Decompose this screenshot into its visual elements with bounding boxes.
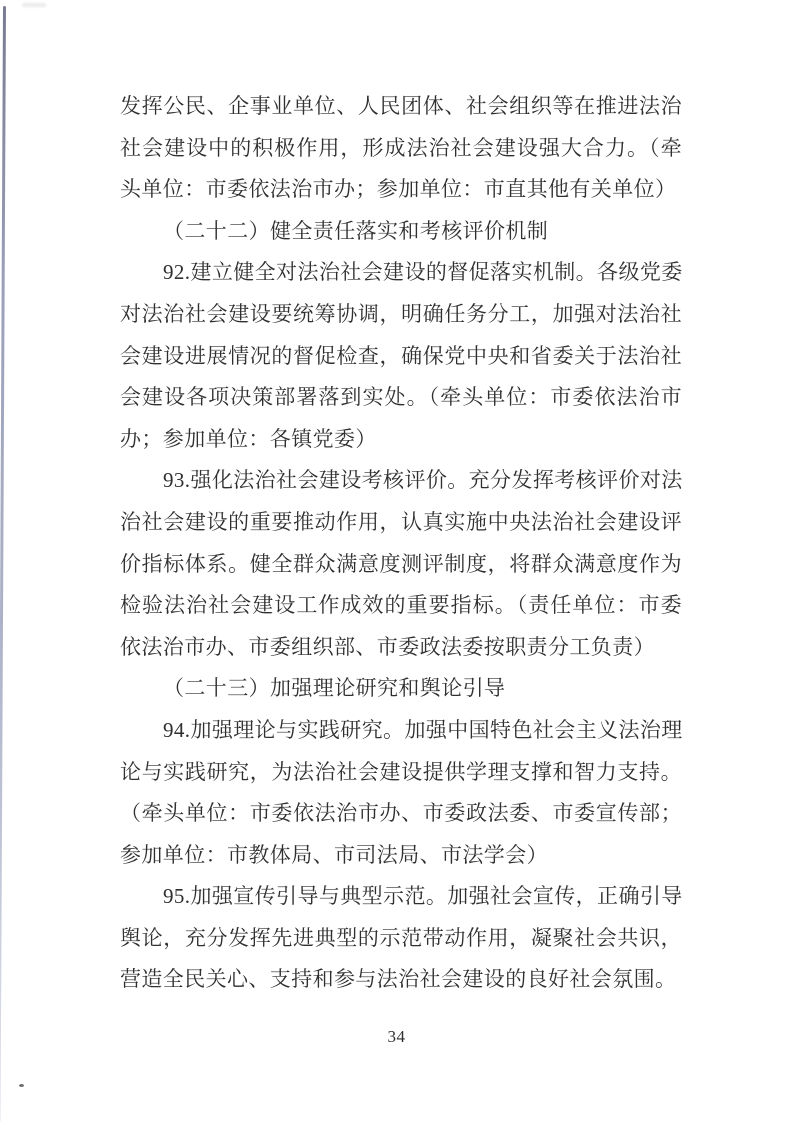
paragraph-line: 93.强化法治社会建设考核评价。充分发挥考核评价对法 — [120, 460, 682, 502]
paragraph-line: 舆论，充分发挥先进典型的示范带动作用，凝聚社会共识， — [120, 918, 682, 960]
paragraph-line: 头单位：市委依法治市办；参加单位：市直其他有关单位） — [120, 169, 682, 211]
paragraph-line: 依法治市办、市委组织部、市委政法委按职责分工负责） — [120, 627, 682, 669]
paragraph-line: 论与实践研究，为法治社会建设提供学理支撑和智力支持。 — [120, 752, 682, 794]
paragraph-line: 会建设各项决策部署落到实处。（牵头单位：市委依法治市 — [120, 377, 682, 419]
paragraph-line: 94.加强理论与实践研究。加强中国特色社会主义法治理 — [120, 710, 682, 752]
document-body: 发挥公民、企事业单位、人民团体、社会组织等在推进法治社会建设中的积极作用，形成法… — [120, 86, 682, 1001]
paragraph-line: 对法治社会建设要统筹协调，明确任务分工，加强对法治社 — [120, 294, 682, 336]
paragraph-line: 价指标体系。健全群众满意度测评制度，将群众满意度作为 — [120, 544, 682, 586]
heading-line: （二十二）健全责任落实和考核评价机制 — [120, 211, 682, 253]
scan-edge-line — [0, 6, 6, 1122]
paragraph-line: 参加单位：市教体局、市司法局、市法学会） — [120, 835, 682, 877]
paragraph-line: 营造全民关心、支持和参与法治社会建设的良好社会氛围。 — [120, 959, 682, 1001]
paragraph-line: 检验法治社会建设工作成效的重要指标。（责任单位：市委 — [120, 585, 682, 627]
paragraph-line: 办；参加单位：各镇党委） — [120, 419, 682, 461]
paragraph-line: 社会建设中的积极作用，形成法治社会建设强大合力。（牵 — [120, 128, 682, 170]
paragraph-line: 会建设进展情况的督促检查，确保党中央和省委关于法治社 — [120, 336, 682, 378]
paragraph-line: 95.加强宣传引导与典型示范。加强社会宣传，正确引导 — [120, 876, 682, 918]
paragraph-line: （牵头单位：市委依法治市办、市委政法委、市委宣传部； — [120, 793, 682, 835]
paragraph-line: 92.建立健全对法治社会建设的督促落实机制。各级党委 — [120, 252, 682, 294]
document-page: 发挥公民、企事业单位、人民团体、社会组织等在推进法治社会建设中的积极作用，形成法… — [0, 0, 793, 1122]
paragraph-line: 治社会建设的重要推动作用，认真实施中央法治社会建设评 — [120, 502, 682, 544]
heading-line: （二十三）加强理论研究和舆论引导 — [120, 668, 682, 710]
paragraph-line: 发挥公民、企事业单位、人民团体、社会组织等在推进法治 — [120, 86, 682, 128]
scan-speck-artifact — [19, 1084, 24, 1087]
page-number: 34 — [0, 1026, 793, 1048]
scan-smudge-artifact — [22, 3, 46, 7]
